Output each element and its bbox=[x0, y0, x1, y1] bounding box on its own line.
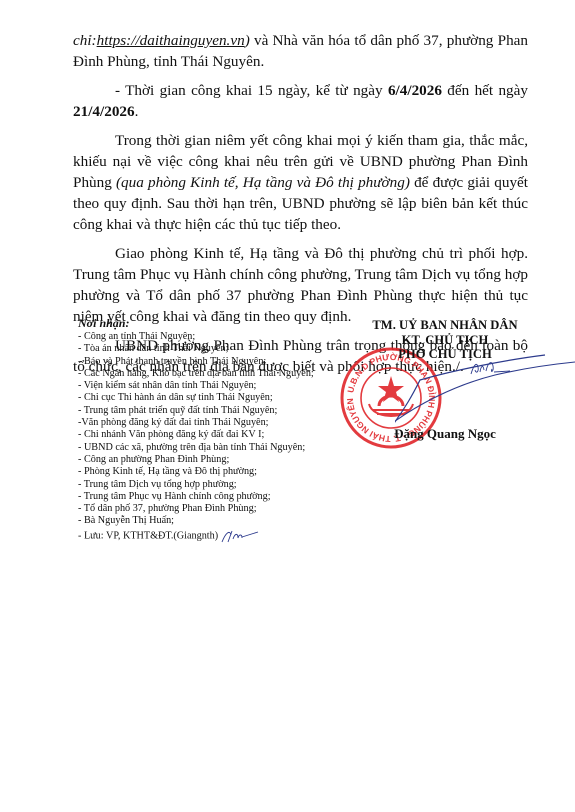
recipient-text: - Các Ngân hàng, Kho bạc trên địa bàn tỉ… bbox=[78, 368, 314, 379]
recipient-item: - Công an tỉnh Thái Nguyên; bbox=[78, 331, 348, 343]
recipient-text: - Chi cục Thi hành án dân sự tỉnh Thái N… bbox=[78, 392, 273, 403]
recipients-list: Nơi nhận: - Công an tỉnh Thái Nguyên;- T… bbox=[78, 316, 348, 544]
period-end-text: . bbox=[135, 103, 139, 120]
recipient-item: - Chi cục Thi hành án dân sự tỉnh Thái N… bbox=[78, 392, 348, 404]
recipient-text: - Chi nhánh Văn phòng đăng ký đất đai KV… bbox=[78, 429, 264, 440]
recipient-item: - Lưu: VP, KTHT&ĐT.(Giangnth) bbox=[78, 528, 348, 544]
drafter-initial-icon bbox=[220, 528, 260, 544]
recipient-items: - Công an tỉnh Thái Nguyên;- Tòa án nhân… bbox=[78, 331, 348, 544]
recipient-item: - Bà Nguyễn Thị Huấn; bbox=[78, 515, 348, 527]
signature-title-line-2: KT. CHỦ TỊCH bbox=[345, 333, 545, 348]
start-date: 6/4/2026 bbox=[388, 82, 442, 99]
end-date: 21/4/2026 bbox=[73, 103, 135, 120]
recipient-item: - Các Ngân hàng, Kho bạc trên địa bàn tỉ… bbox=[78, 368, 348, 380]
recipient-item: - UBND các xã, phường trên địa bàn tỉnh … bbox=[78, 442, 348, 454]
recipient-text: - Tòa án nhân dân tỉnh Thái Nguyên; bbox=[78, 343, 228, 354]
recipients-title: Nơi nhận: bbox=[78, 316, 348, 330]
recipient-text: - Phòng Kinh tế, Hạ tầng và Đô thị phườn… bbox=[78, 466, 257, 477]
recipient-text: - Viện kiểm sát nhân dân tỉnh Thái Nguyê… bbox=[78, 380, 256, 391]
recipient-text: - Tổ dân phố 37, phường Phan Đình Phùng; bbox=[78, 503, 257, 514]
recipient-item: - Tổ dân phố 37, phường Phan Đình Phùng; bbox=[78, 503, 348, 515]
signer-name: Đặng Quang Ngọc bbox=[345, 426, 545, 442]
recipient-text: - Trung tâm phát triển quỹ đất tỉnh Thái… bbox=[78, 405, 277, 416]
recipient-item: -Văn phòng đăng ký đất đai tỉnh Thái Ngu… bbox=[78, 417, 348, 429]
recipient-item: - Viện kiểm sát nhân dân tỉnh Thái Nguyê… bbox=[78, 380, 348, 392]
recipient-text: - Lưu: VP, KTHT&ĐT.(Giangnth) bbox=[78, 530, 218, 541]
period-middle-text: đến hết ngày bbox=[442, 82, 528, 99]
recipient-item: - Chi nhánh Văn phòng đăng ký đất đai KV… bbox=[78, 429, 348, 441]
recipient-text: - Báo và Phát thanh truyền hình Thái Ngu… bbox=[78, 356, 266, 367]
paragraph-publication-location: chỉ:https://daithainguyen.vn) và Nhà văn… bbox=[73, 30, 528, 72]
period-text: - Thời gian công khai 15 ngày, kể từ ngà… bbox=[115, 82, 388, 99]
recipient-text: - Công an phường Phan Đình Phùng; bbox=[78, 454, 229, 465]
prefix-text: chỉ: bbox=[73, 32, 97, 49]
recipient-item: - Tòa án nhân dân tỉnh Thái Nguyên; bbox=[78, 343, 348, 355]
recipient-item: - Báo và Phát thanh truyền hình Thái Ngu… bbox=[78, 356, 348, 368]
recipient-text: - Công an tỉnh Thái Nguyên; bbox=[78, 331, 195, 342]
recipient-item: - Trung tâm Dịch vụ tổng hợp phường; bbox=[78, 479, 348, 491]
paragraph-feedback: Trong thời gian niêm yết công khai mọi ý… bbox=[73, 130, 528, 235]
document-page: chỉ:https://daithainguyen.vn) và Nhà văn… bbox=[0, 0, 575, 812]
website-link[interactable]: https://daithainguyen.vn bbox=[97, 32, 245, 49]
signature-title-line-1: TM. UỶ BAN NHÂN DÂN bbox=[345, 318, 545, 333]
recipient-item: - Công an phường Phan Đình Phùng; bbox=[78, 454, 348, 466]
recipient-text: - Bà Nguyễn Thị Huấn; bbox=[78, 515, 174, 526]
recipient-text: - UBND các xã, phường trên địa bàn tỉnh … bbox=[78, 442, 305, 453]
recipient-text: - Trung tâm Dịch vụ tổng hợp phường; bbox=[78, 479, 237, 490]
paragraph-assignment: Giao phòng Kinh tế, Hạ tầng và Đô thị ph… bbox=[73, 243, 528, 327]
recipient-text: -Văn phòng đăng ký đất đai tỉnh Thái Ngu… bbox=[78, 417, 269, 428]
feedback-department: (qua phòng Kinh tế, Hạ tầng và Đô thị ph… bbox=[116, 174, 410, 191]
recipient-item: - Trung tâm phát triển quỹ đất tỉnh Thái… bbox=[78, 405, 348, 417]
recipient-text: - Trung tâm Phục vụ Hành chính công phườ… bbox=[78, 491, 271, 502]
recipient-item: - Phòng Kinh tế, Hạ tầng và Đô thị phườn… bbox=[78, 466, 348, 478]
paragraph-publication-period: - Thời gian công khai 15 ngày, kể từ ngà… bbox=[73, 80, 528, 122]
recipient-item: - Trung tâm Phục vụ Hành chính công phườ… bbox=[78, 491, 348, 503]
